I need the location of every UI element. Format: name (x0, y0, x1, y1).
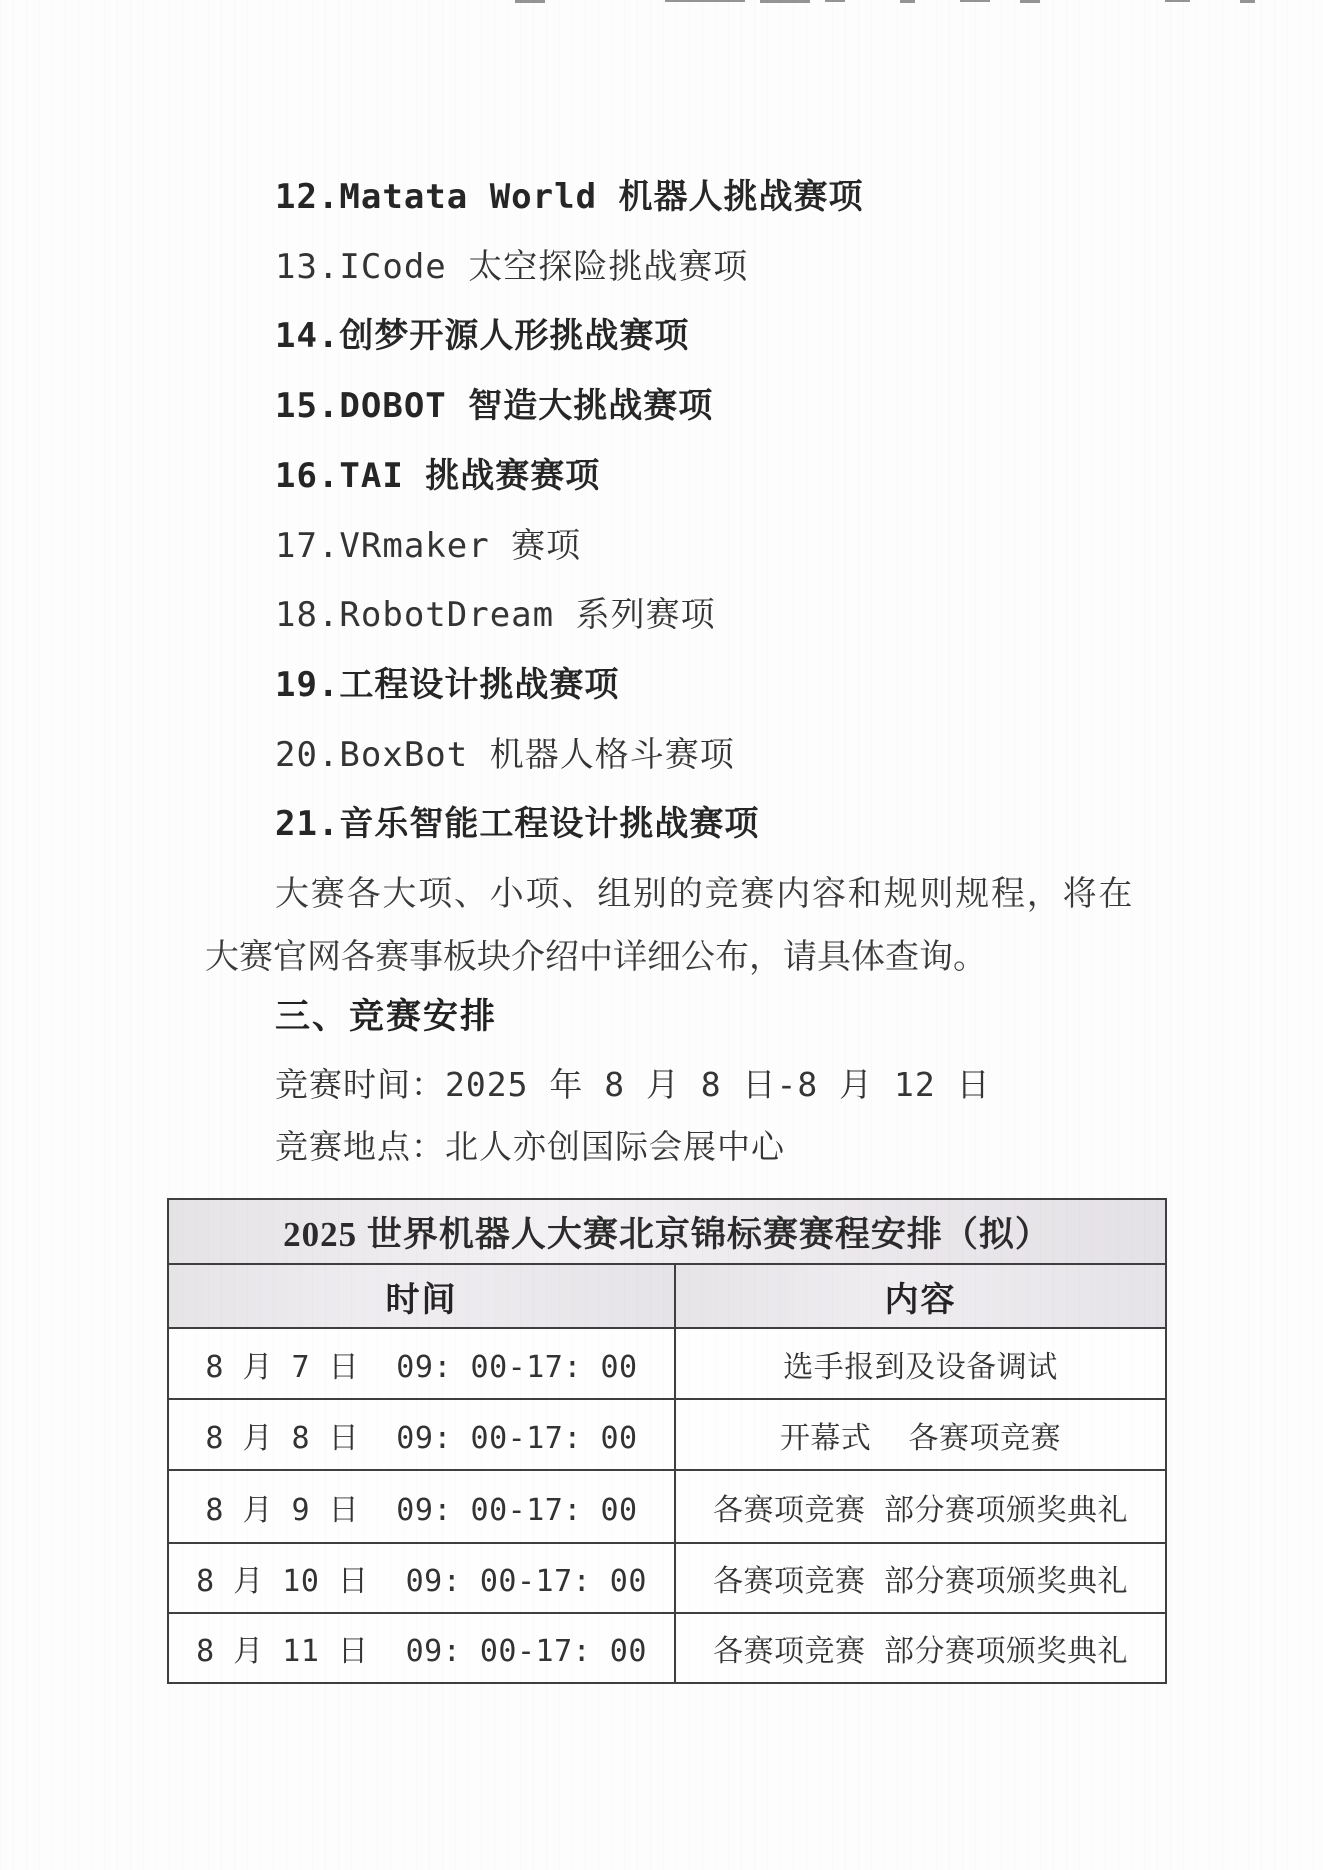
col-header-content: 内容 (675, 1264, 1166, 1328)
list-item: 14.创梦开源人形挑战赛项 (275, 302, 1255, 372)
col-header-time: 时间 (168, 1264, 675, 1328)
competition-venue-line: 竞赛地点：北人亦创国际会展中心 (275, 1116, 991, 1178)
scanned-document-page: { "document": { "list": { "items": [ "12… (0, 0, 1323, 1870)
table-header-row: 时间 内容 (168, 1264, 1166, 1328)
content-cell: 开幕式 各赛项竞赛 (675, 1399, 1166, 1470)
content-cell: 各赛项竞赛 部分赛项颁奖典礼 (675, 1470, 1166, 1543)
intro-paragraph: 大赛各大项、小项、组别的竞赛内容和规则规程，将在 大赛官网各赛事板块介绍中详细公… (205, 863, 1165, 989)
table-row: 8 月 8 日 09: 00-17: 00 开幕式 各赛项竞赛 (168, 1399, 1166, 1470)
content-cell: 选手报到及设备调试 (675, 1328, 1166, 1399)
list-item: 17.VRmaker 赛项 (275, 512, 1255, 582)
table-row: 8 月 7 日 09: 00-17: 00 选手报到及设备调试 (168, 1328, 1166, 1399)
competition-events-list: 12.Matata World 机器人挑战赛项 13.ICode 太空探险挑战赛… (275, 163, 1255, 860)
content-cell: 各赛项竞赛 部分赛项颁奖典礼 (675, 1613, 1166, 1683)
time-cell: 8 月 10 日 09: 00-17: 00 (168, 1543, 675, 1613)
competition-info: 竞赛时间：2025 年 8 月 8 日-8 月 12 日 竞赛地点：北人亦创国际… (275, 1054, 991, 1178)
scan-edge-artifacts (0, 0, 1323, 6)
time-cell: 8 月 8 日 09: 00-17: 00 (168, 1399, 675, 1470)
list-item: 15.DOBOT 智造大挑战赛项 (275, 372, 1255, 442)
list-item: 18.RobotDream 系列赛项 (275, 581, 1255, 651)
list-item: 19.工程设计挑战赛项 (275, 651, 1255, 721)
list-item: 13.ICode 太空探险挑战赛项 (275, 233, 1255, 303)
time-cell: 8 月 7 日 09: 00-17: 00 (168, 1328, 675, 1399)
content-cell: 各赛项竞赛 部分赛项颁奖典礼 (675, 1543, 1166, 1613)
paragraph-line: 大赛各大项、小项、组别的竞赛内容和规则规程，将在 (205, 863, 1165, 926)
table-row: 8 月 9 日 09: 00-17: 00 各赛项竞赛 部分赛项颁奖典礼 (168, 1470, 1166, 1543)
list-item: 20.BoxBot 机器人格斗赛项 (275, 721, 1255, 791)
competition-time-line: 竞赛时间：2025 年 8 月 8 日-8 月 12 日 (275, 1054, 991, 1116)
table-row: 8 月 10 日 09: 00-17: 00 各赛项竞赛 部分赛项颁奖典礼 (168, 1543, 1166, 1613)
paragraph-line: 大赛官网各赛事板块介绍中详细公布，请具体查询。 (205, 926, 1165, 989)
list-item: 21.音乐智能工程设计挑战赛项 (275, 790, 1255, 860)
table-row: 8 月 11 日 09: 00-17: 00 各赛项竞赛 部分赛项颁奖典礼 (168, 1613, 1166, 1683)
time-cell: 8 月 11 日 09: 00-17: 00 (168, 1613, 675, 1683)
table-title: 2025 世界机器人大赛北京锦标赛赛程安排（拟） (168, 1199, 1166, 1264)
list-item: 12.Matata World 机器人挑战赛项 (275, 163, 1255, 233)
schedule-table: 2025 世界机器人大赛北京锦标赛赛程安排（拟） 时间 内容 8 月 7 日 0… (167, 1198, 1167, 1684)
time-cell: 8 月 9 日 09: 00-17: 00 (168, 1470, 675, 1543)
list-item: 16.TAI 挑战赛赛项 (275, 442, 1255, 512)
table-title-row: 2025 世界机器人大赛北京锦标赛赛程安排（拟） (168, 1199, 1166, 1264)
section-heading: 三、竞赛安排 (275, 995, 497, 1039)
